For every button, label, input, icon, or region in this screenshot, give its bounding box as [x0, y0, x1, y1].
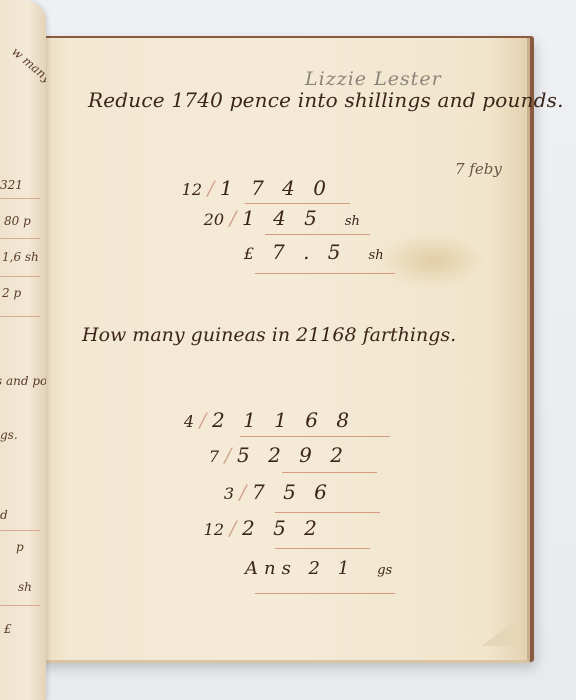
left-fragment: gs. — [0, 428, 18, 442]
folded-corner — [481, 620, 517, 646]
ruling-line — [240, 436, 390, 437]
left-fragment: p — [16, 540, 24, 554]
left-fragment: 1,6 sh — [2, 250, 39, 264]
ruling-line — [282, 472, 377, 473]
left-fragment: w many — [9, 44, 46, 85]
p2-work-row: 12/2 5 2 — [190, 516, 323, 540]
p1-answer-row: £ 7 . 5sh — [220, 240, 384, 264]
problem-1-question: Reduce 1740 pence into shillings and pou… — [88, 88, 564, 112]
ruling-line — [275, 548, 370, 549]
left-fragment: s and poun — [0, 374, 46, 388]
date-note: 7 feby — [455, 160, 502, 178]
p1-work-row: 12/1 7 4 0 — [168, 176, 354, 200]
ruling-line — [245, 203, 350, 204]
left-fragment: sh — [18, 580, 32, 594]
ruling-line — [265, 234, 370, 235]
left-fragment: d — [0, 508, 8, 522]
paper-stain — [377, 233, 487, 288]
left-fragment: 321 — [0, 178, 23, 192]
p2-work-row: 4/2 1 1 6 8 — [160, 408, 355, 432]
facing-left-page: w many 321 80 p 1,6 sh 2 p s and poun gs… — [0, 0, 46, 700]
p2-answer-row: Ans 2 1gs — [245, 558, 392, 579]
ruling-line — [275, 512, 380, 513]
ruling-line — [255, 593, 395, 594]
left-fragment: 80 p — [4, 214, 31, 228]
left-fragment: 2 p — [2, 286, 21, 300]
pencil-signature: Lizzie Lester — [305, 68, 442, 90]
notebook-page: Lizzie Lester Reduce 1740 pence into shi… — [40, 38, 530, 663]
left-fragment: £ — [4, 622, 12, 636]
p1-work-row: 20/1 4 5sh — [190, 206, 360, 230]
problem-2-question: How many guineas in 21168 farthings. — [82, 324, 456, 346]
ruling-line — [255, 273, 395, 274]
p2-work-row: 7/5 2 9 2 — [185, 443, 349, 467]
p2-work-row: 3/7 5 6 — [200, 480, 333, 504]
